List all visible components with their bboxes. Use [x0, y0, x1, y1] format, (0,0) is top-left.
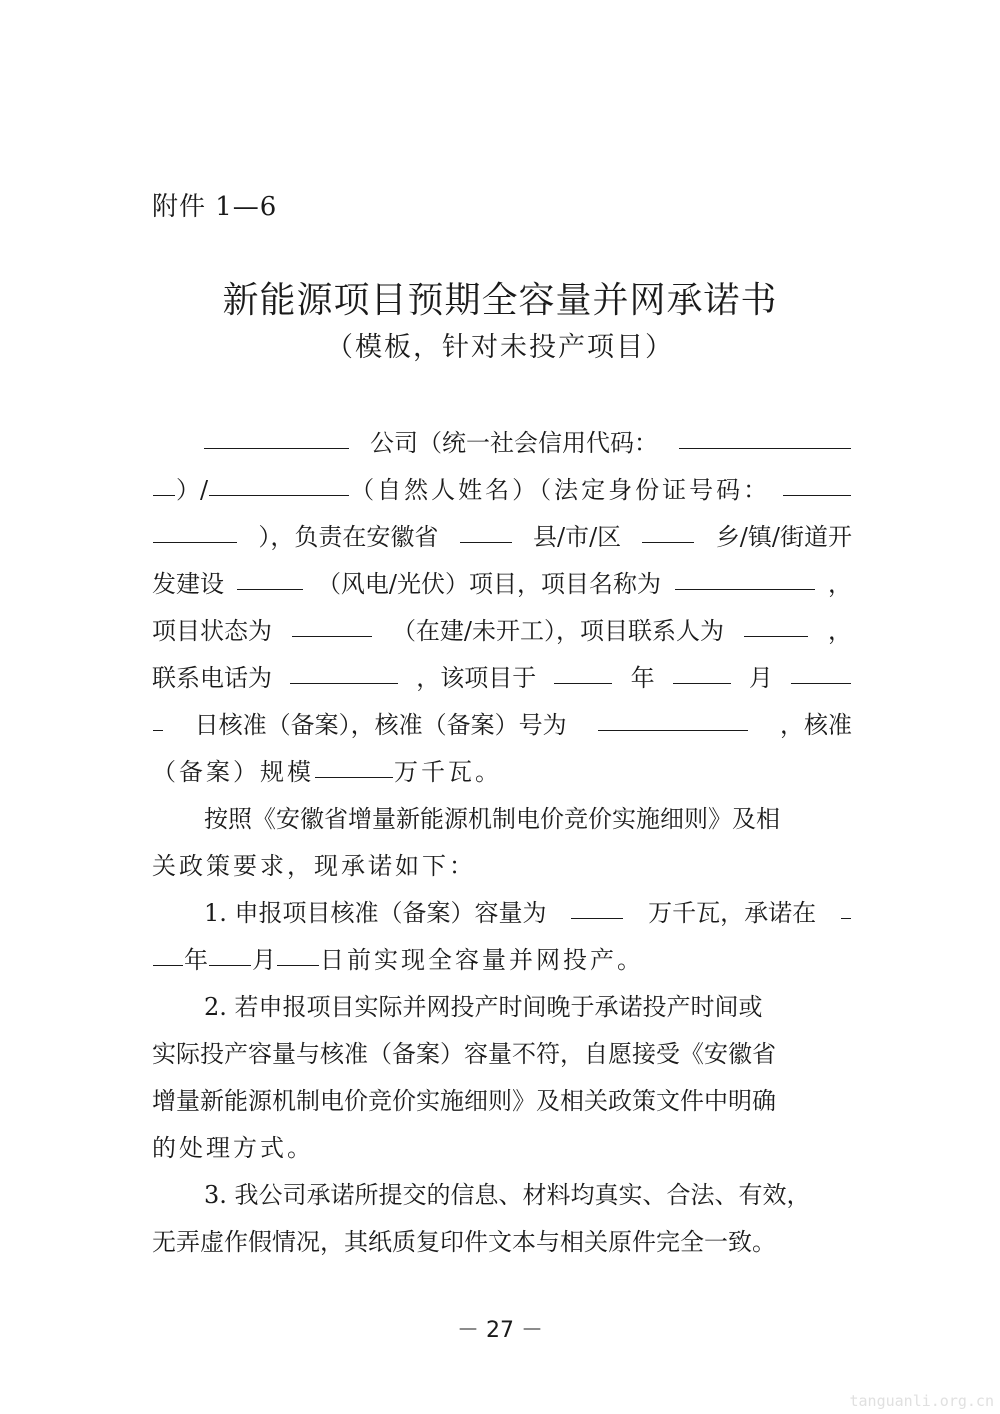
form-line-4: 发建设 （风电/光伏）项目，项目名称为 ，: [152, 561, 852, 608]
form-text: ，该项目于: [416, 655, 536, 702]
form-text: 联系电话为: [152, 655, 272, 702]
form-line-7: 日核准（备案），核准（备案）号为 ，核准: [152, 702, 852, 749]
commit-day-blank: [277, 937, 319, 966]
item3-line-2: 无弄虚作假情况，其纸质复印件文本与相关原件完全一致。: [152, 1219, 852, 1266]
credit-code-blank-cont: [153, 467, 175, 496]
item1-text: 月: [252, 937, 276, 984]
form-text: （自然人姓名）（法定身份证号码：: [350, 467, 782, 514]
form-text: （在建/未开工），项目联系人为: [392, 608, 724, 655]
form-text: ），负责在安徽省: [258, 514, 438, 561]
intro-line-1: 按照《安徽省增量新能源机制电价竞价实施细则》及相: [152, 796, 852, 843]
approval-year-blank: [554, 655, 612, 684]
item2-text: 增量新能源机制电价竞价实施细则》及相关政策文件中明确: [152, 1078, 776, 1125]
document-title: 新能源项目预期全容量并网承诺书: [0, 272, 1000, 323]
document-subtitle: （模板，针对未投产项目）: [0, 325, 1000, 364]
form-text: 日核准（备案），核准（备案）号为: [195, 702, 567, 749]
form-text: ，: [828, 561, 852, 608]
capacity-blank: [571, 890, 623, 919]
item1-text: 万千瓦，承诺在: [648, 890, 816, 937]
form-text: ，: [828, 608, 852, 655]
project-type-blank: [237, 561, 303, 590]
form-text: 项目状态为: [152, 608, 272, 655]
form-line-3: ），负责在安徽省 县/市/区 乡/镇/街道开: [152, 514, 852, 561]
form-line-1: 公司（统一社会信用代码：: [152, 420, 852, 467]
watermark: tanguanli.org.cn: [850, 1392, 995, 1410]
item3-text: 3. 我公司承诺所提交的信息、材料均真实、合法、有效，: [152, 1172, 811, 1219]
item2-line-3: 增量新能源机制电价竞价实施细则》及相关政策文件中明确: [152, 1078, 852, 1125]
person-name-blank: [209, 467, 349, 496]
item2-line-2: 实际投产容量与核准（备案）容量不符，自愿接受《安徽省: [152, 1031, 852, 1078]
approval-month-blank: [673, 655, 731, 684]
item3-text: 无弄虚作假情况，其纸质复印件文本与相关原件完全一致。: [152, 1219, 776, 1266]
item1-text: 年: [184, 937, 208, 984]
form-text: 月: [749, 655, 773, 702]
attachment-label: 附件 1—6: [152, 186, 277, 223]
form-text: 万千瓦。: [394, 749, 502, 796]
county-blank: [460, 514, 512, 543]
project-name-blank: [675, 561, 815, 590]
credit-code-blank: [679, 420, 851, 449]
approval-day-blank-cont: [153, 702, 163, 731]
form-text: 发建设: [152, 561, 224, 608]
item2-text: 2. 若申报项目实际并网投产时间晚于承诺投产时间或: [152, 984, 763, 1031]
form-line-8: （备案）规模 万千瓦。: [152, 749, 852, 796]
intro-text: 按照《安徽省增量新能源机制电价竞价实施细则》及相: [152, 796, 780, 843]
item1-line-2: 年 月 日前实现全容量并网投产。: [152, 937, 852, 984]
item1-line-1: 1. 申报项目核准（备案）容量为 万千瓦，承诺在: [152, 890, 852, 937]
company-name-blank: [204, 420, 349, 449]
commit-year-blank-cont: [153, 937, 183, 966]
form-text: （备案）规模: [152, 749, 314, 796]
project-status-blank: [292, 608, 372, 637]
form-text: 公司（统一社会信用代码：: [370, 420, 658, 467]
form-text: 乡/镇/街道开: [716, 514, 852, 561]
scale-blank: [315, 749, 393, 778]
intro-text: 关政策要求，现承诺如下：: [152, 843, 476, 890]
page-number: － 27 －: [0, 1313, 1000, 1344]
form-text: ，核准: [780, 702, 852, 749]
item2-text: 实际投产容量与核准（备案）容量不符，自愿接受《安徽省: [152, 1031, 776, 1078]
intro-line-2: 关政策要求，现承诺如下：: [152, 843, 852, 890]
form-line-2: ）/ （自然人姓名）（法定身份证号码：: [152, 467, 852, 514]
commit-year-blank: [841, 890, 851, 919]
town-blank: [642, 514, 694, 543]
document-body: 公司（统一社会信用代码： ）/ （自然人姓名）（法定身份证号码： ），负责在安徽…: [152, 420, 852, 1266]
form-line-5: 项目状态为 （在建/未开工），项目联系人为 ，: [152, 608, 852, 655]
id-number-blank: [783, 467, 851, 496]
approval-day-blank: [791, 655, 851, 684]
item2-text: 的处理方式。: [152, 1125, 314, 1172]
item2-line-1: 2. 若申报项目实际并网投产时间晚于承诺投产时间或: [152, 984, 852, 1031]
item3-line-1: 3. 我公司承诺所提交的信息、材料均真实、合法、有效，: [152, 1172, 852, 1219]
phone-blank: [290, 655, 398, 684]
form-text: 县/市/区: [533, 514, 621, 561]
item1-text: 1. 申报项目核准（备案）容量为: [152, 890, 547, 937]
form-text: ）/: [176, 467, 208, 514]
item1-text: 日前实现全容量并网投产。: [320, 937, 644, 984]
commit-month-blank: [209, 937, 251, 966]
form-text: （风电/光伏）项目，项目名称为: [317, 561, 661, 608]
form-text: 年: [631, 655, 655, 702]
id-number-blank-cont: [153, 514, 237, 543]
item2-line-4: 的处理方式。: [152, 1125, 852, 1172]
contact-person-blank: [744, 608, 808, 637]
document-page: 附件 1—6 新能源项目预期全容量并网承诺书 （模板，针对未投产项目） 公司（统…: [0, 0, 1000, 1414]
form-line-6: 联系电话为 ，该项目于 年 月: [152, 655, 852, 702]
approval-number-blank: [598, 702, 748, 731]
